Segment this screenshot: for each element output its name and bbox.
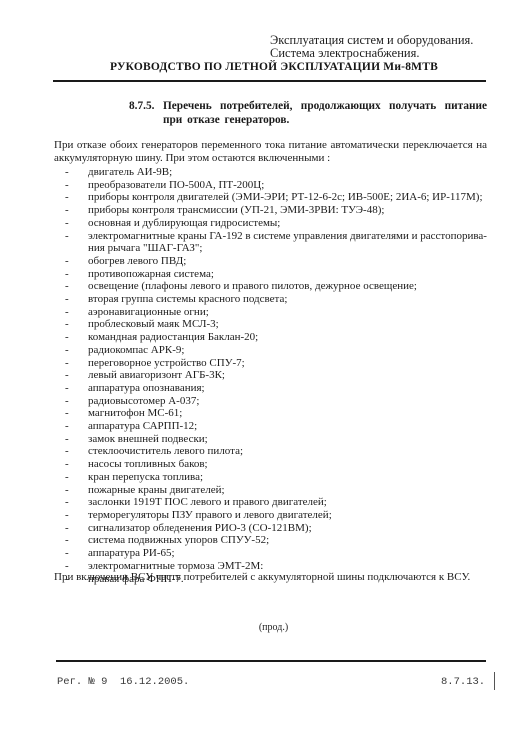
list-marker: - [65,230,69,243]
revision-info: Рег. № 9 16.12.2005. [57,676,189,688]
list-item: -левый авиагоризонт АГБ-3К; [54,369,487,382]
list-marker: - [65,179,69,192]
list-item-text: аппаратура РИ-65; [88,547,175,559]
list-item: -магнитофон МС-61; [54,407,487,420]
list-item: -пожарные краны двигателей; [54,484,487,497]
closing-paragraph: При включении ВСУ часть потребителей с а… [54,571,494,584]
list-item: -проблесковый маяк МСЛ-3; [54,318,487,331]
list-marker: - [65,433,69,446]
list-item-text: аэронавигационные огни; [88,306,209,318]
list-marker: - [65,166,69,179]
change-bar [494,672,495,690]
list-marker: - [65,471,69,484]
list-item: -аппаратура САРПП-12; [54,420,487,433]
list-item-text: магнитофон МС-61; [88,407,182,419]
list-marker: - [65,280,69,293]
list-marker: - [65,369,69,382]
list-marker: - [65,382,69,395]
header-divider [53,80,486,82]
section-number: 8.7.5. [129,100,154,114]
list-item: -сигнализатор обледенения РИО-3 (СО-121В… [54,522,487,535]
list-item-text: радиовысотомер А-037; [88,395,199,407]
list-item: -стеклоочиститель левого пилота; [54,445,487,458]
list-item-text: аппаратура опознавания; [88,382,205,394]
footer-divider [56,660,486,662]
list-item-text: приборы контроля двигателей (ЭМИ-ЭРИ; РТ… [88,191,483,203]
list-item-text: аппаратура САРПП-12; [88,420,197,432]
list-item-text: стеклоочиститель левого пилота; [88,445,243,457]
list-item: -радиокомпас АРК-9; [54,344,487,357]
list-item: -основная и дублирующая гидросистемы; [54,217,487,230]
list-marker: - [65,306,69,319]
list-marker: - [65,509,69,522]
manual-title: РУКОВОДСТВО ПО ЛЕТНОЙ ЭКСПЛУАТАЦИИ Ми-8М… [110,61,438,73]
list-marker: - [65,217,69,230]
list-item-text: переговорное устройство СПУ-7; [88,357,245,369]
intro-paragraph: При отказе обоих генераторов переменного… [54,139,487,165]
list-item-text: сигнализатор обледенения РИО-3 (СО-121ВМ… [88,522,312,534]
list-item: -аппаратура РИ-65; [54,547,487,560]
list-marker: - [65,331,69,344]
list-item-text: насосы топливных баков; [88,458,208,470]
list-item-text: кран перепуска топлива; [88,471,203,483]
list-marker: - [65,204,69,217]
section-heading: 8.7.5. Перечень потребителей, продолжающ… [129,100,487,127]
list-marker: - [65,496,69,509]
list-marker: - [65,318,69,331]
list-marker: - [65,191,69,204]
list-item-text: замок внешней подвески; [88,433,208,445]
list-item-text: заслонки 1919Т ПОС левого и правого двиг… [88,496,327,508]
list-marker: - [65,357,69,370]
list-marker: - [65,407,69,420]
list-item: -кран перепуска топлива; [54,471,487,484]
list-item-text: основная и дублирующая гидросистемы; [88,217,280,229]
list-item-text: электромагнитные краны ГА-192 в системе … [88,230,487,255]
list-item: -командная радиостанция Баклан-20; [54,331,487,344]
list-item-text: терморегуляторы ПЗУ правого и левого дви… [88,509,332,521]
list-item-text: обогрев левого ПВД; [88,255,186,267]
list-item-text: электромагнитные тормоза ЭМТ-2М: [88,560,263,572]
list-item-text: левый авиагоризонт АГБ-3К; [88,369,225,381]
list-item-text: пожарные краны двигателей; [88,484,225,496]
list-item-text: командная радиостанция Баклан-20; [88,331,258,343]
list-marker: - [65,395,69,408]
list-item: -вторая группа системы красного подсвета… [54,293,487,306]
list-item: -переговорное устройство СПУ-7; [54,357,487,370]
list-item: -преобразователи ПО-500А, ПТ-200Ц; [54,179,487,192]
list-item-text: двигатель АИ-9В; [88,166,172,178]
list-marker: - [65,534,69,547]
list-item: -радиовысотомер А-037; [54,395,487,408]
header-subtitle-line: Система электроснабжения. [270,47,473,60]
list-item-text: освещение (плафоны левого и правого пило… [88,280,417,292]
list-item-text: противопожарная система; [88,268,214,280]
list-item: -приборы контроля двигателей (ЭМИ-ЭРИ; Р… [54,191,487,204]
list-marker: - [65,344,69,357]
list-item-text: проблесковый маяк МСЛ-3; [88,318,219,330]
list-item-text: радиокомпас АРК-9; [88,344,184,356]
continued-marker: (прод.) [0,622,527,633]
list-item-text: приборы контроля трансмиссии (УП-21, ЭМИ… [88,204,384,216]
section-title: Перечень потребителей, продолжающих полу… [163,100,487,127]
list-marker: - [65,484,69,497]
header-subtitle: Эксплуатация систем и оборудования. Сист… [270,34,473,60]
consumer-list: -двигатель АИ-9В;-преобразователи ПО-500… [54,166,487,585]
list-item: -насосы топливных баков; [54,458,487,471]
list-item: -освещение (плафоны левого и правого пил… [54,280,487,293]
list-item-text: система подвижных упоров СПУУ-52; [88,534,269,546]
list-item: -электромагнитные краны ГА-192 в системе… [54,230,487,255]
list-item: -аэронавигационные огни; [54,306,487,319]
list-item: -обогрев левого ПВД; [54,255,487,268]
list-item: -заслонки 1919Т ПОС левого и правого дви… [54,496,487,509]
list-marker: - [65,293,69,306]
list-marker: - [65,420,69,433]
list-item: -приборы контроля трансмиссии (УП-21, ЭМ… [54,204,487,217]
page-number: 8.7.13. [441,676,485,688]
list-item: -замок внешней подвески; [54,433,487,446]
list-item: -аппаратура опознавания; [54,382,487,395]
list-item-text: вторая группа системы красного подсвета; [88,293,287,305]
list-item: -терморегуляторы ПЗУ правого и левого дв… [54,509,487,522]
list-marker: - [65,547,69,560]
list-item: -двигатель АИ-9В; [54,166,487,179]
list-item: -противопожарная система; [54,268,487,281]
list-item: -система подвижных упоров СПУУ-52; [54,534,487,547]
list-marker: - [65,255,69,268]
list-marker: - [65,268,69,281]
list-marker: - [65,445,69,458]
list-marker: - [65,458,69,471]
list-item-text: преобразователи ПО-500А, ПТ-200Ц; [88,179,264,191]
list-marker: - [65,522,69,535]
